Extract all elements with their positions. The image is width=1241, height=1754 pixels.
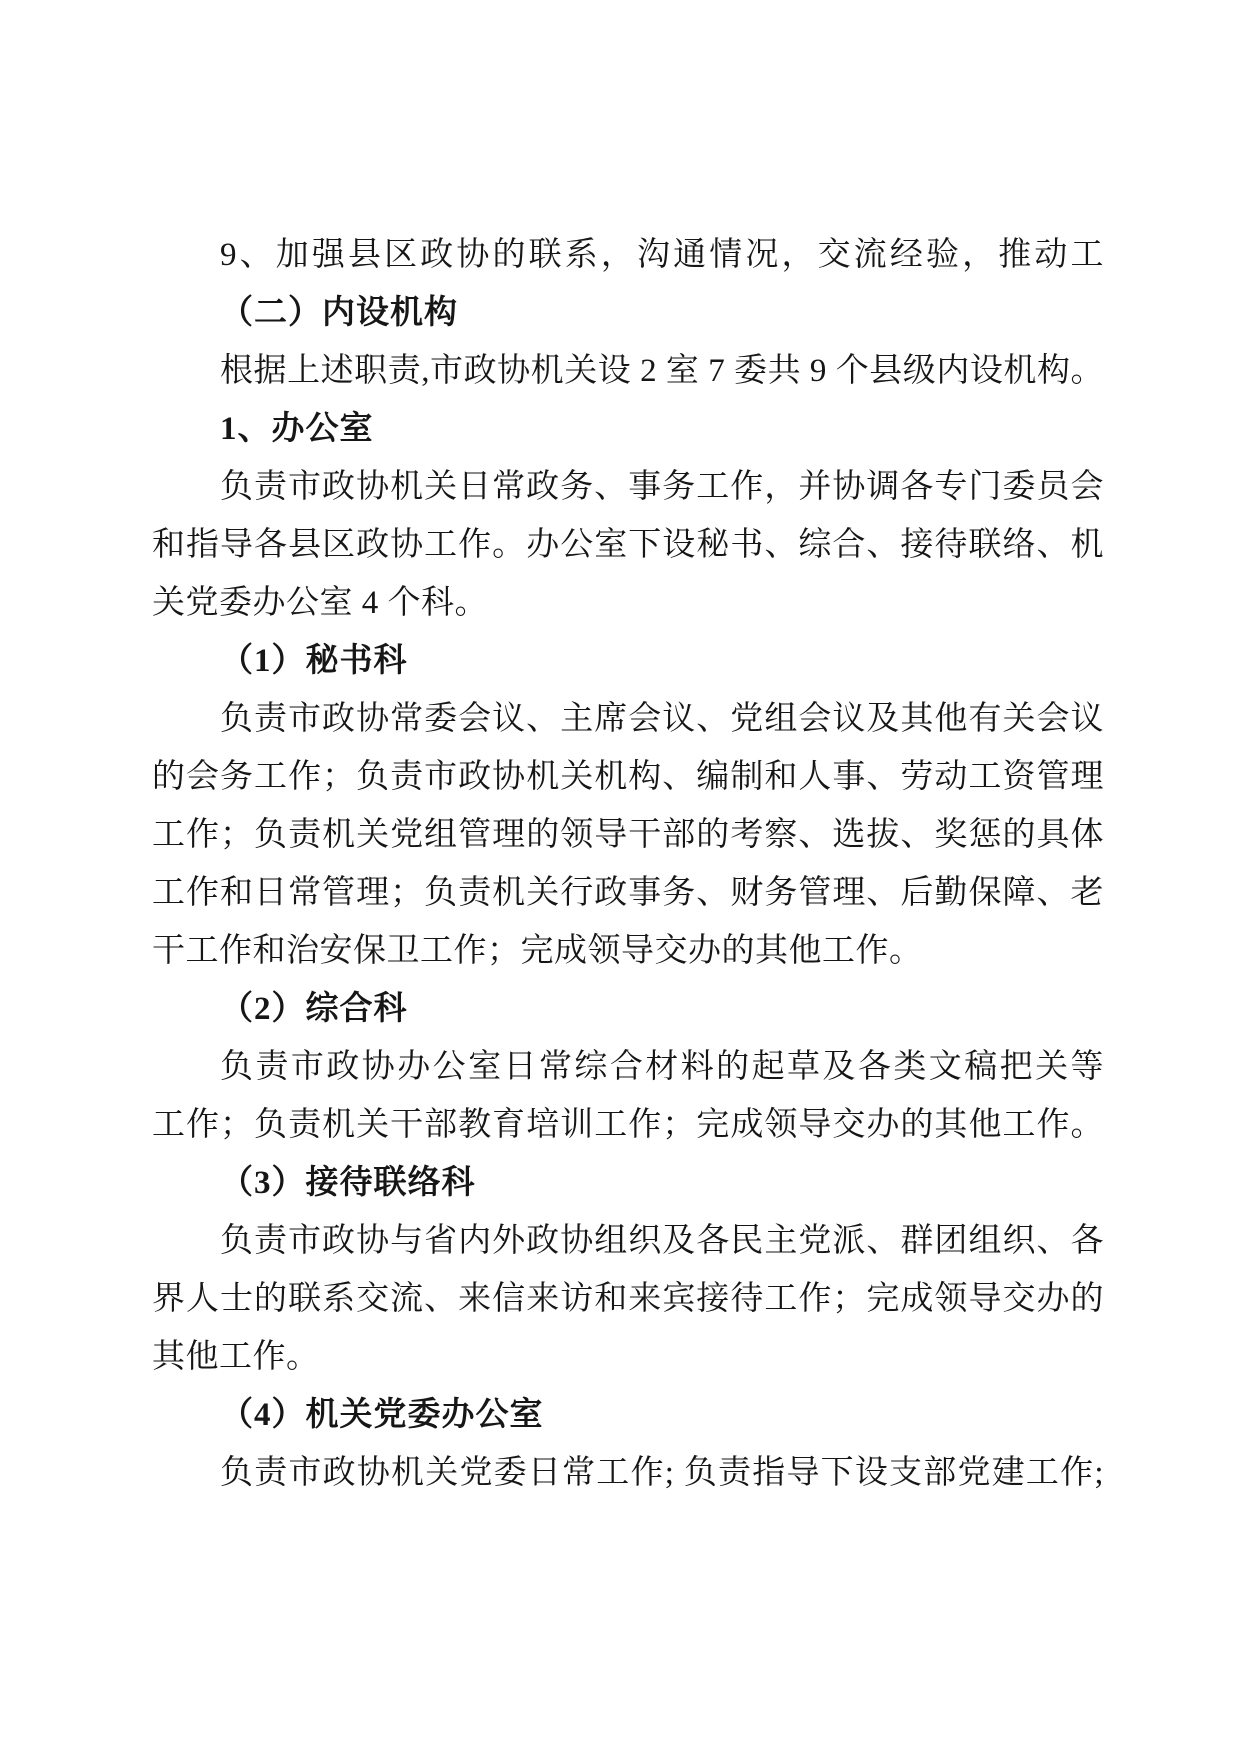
body-text-line: 工作；负责机关干部教育培训工作；完成领导交办的其他工作。 bbox=[152, 1096, 1104, 1154]
body-text-line: 工作；负责机关党组管理的领导干部的考察、选拔、奖惩的具体 bbox=[152, 806, 1104, 864]
sub-heading: （1）秘书科 bbox=[152, 632, 1104, 690]
body-text-line: 其他工作。 bbox=[152, 1328, 1104, 1386]
body-text-line: 干工作和治安保卫工作；完成领导交办的其他工作。 bbox=[152, 922, 1104, 980]
body-text-line: 工作和日常管理；负责机关行政事务、财务管理、后勤保障、老 bbox=[152, 864, 1104, 922]
body-text-line: 负责市政协机关日常政务、事务工作，并协调各专门委员会 bbox=[152, 458, 1104, 516]
sub-heading: （2）综合科 bbox=[152, 980, 1104, 1038]
sub-heading: （3）接待联络科 bbox=[152, 1154, 1104, 1212]
body-text-line: 的会务工作；负责市政协机关机构、编制和人事、劳动工资管理 bbox=[152, 748, 1104, 806]
document-body: 9、加强县区政协的联系，沟通情况，交流经验，推动工作。（二）内设机构根据上述职责… bbox=[152, 226, 1104, 1502]
body-text-line: 关党委办公室 4 个科。 bbox=[152, 574, 1104, 632]
body-text-line: 负责市政协办公室日常综合材料的起草及各类文稿把关等 bbox=[152, 1038, 1104, 1096]
sub-heading: （4）机关党委办公室 bbox=[152, 1386, 1104, 1444]
body-text-line: 负责市政协机关党委日常工作; 负责指导下设支部党建工作; bbox=[152, 1444, 1104, 1502]
section-heading: （二）内设机构 bbox=[152, 284, 1104, 342]
body-text-line: 9、加强县区政协的联系，沟通情况，交流经验，推动工作。 bbox=[152, 226, 1104, 284]
sub-heading: 1、办公室 bbox=[152, 400, 1104, 458]
document-page: 9、加强县区政协的联系，沟通情况，交流经验，推动工作。（二）内设机构根据上述职责… bbox=[0, 0, 1241, 1754]
body-text-line: 界人士的联系交流、来信来访和来宾接待工作；完成领导交办的 bbox=[152, 1270, 1104, 1328]
body-text-line: 和指导各县区政协工作。办公室下设秘书、综合、接待联络、机 bbox=[152, 516, 1104, 574]
body-text-line: 负责市政协与省内外政协组织及各民主党派、群团组织、各 bbox=[152, 1212, 1104, 1270]
body-text-line: 负责市政协常委会议、主席会议、党组会议及其他有关会议 bbox=[152, 690, 1104, 748]
body-text-line: 根据上述职责,市政协机关设 2 室 7 委共 9 个县级内设机构。 bbox=[152, 342, 1104, 400]
